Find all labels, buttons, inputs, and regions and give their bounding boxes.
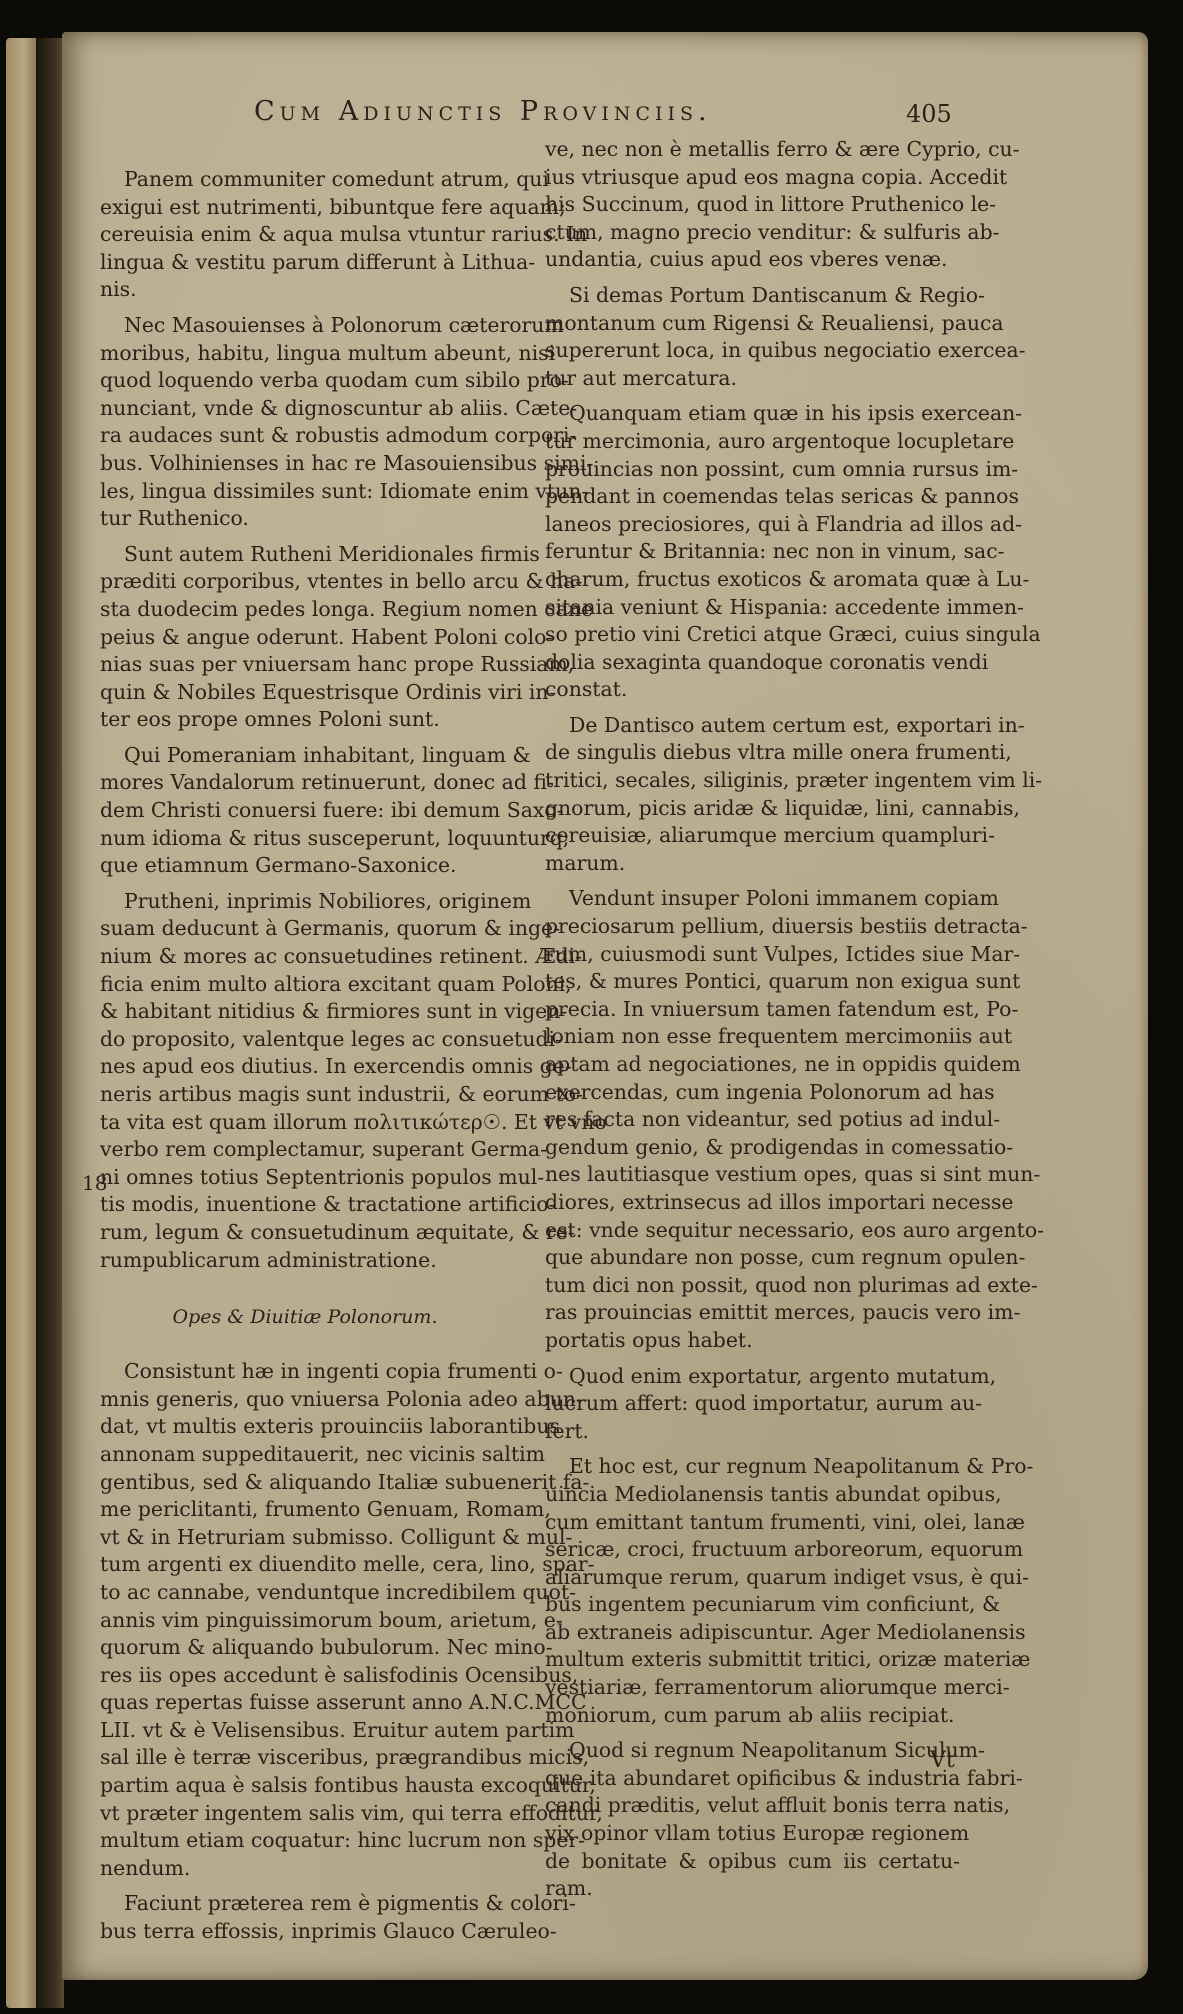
text-line: bus ingentem pecuniarum vim conficiunt, … [545, 1591, 960, 1619]
text-line: sericæ, croci, fructuum arboreorum, equo… [545, 1536, 960, 1564]
text-line: Nec Masouienses à Polonorum cæterorum [100, 312, 510, 340]
text-line: partim aqua è salsis fontibus hausta exc… [100, 1772, 510, 1800]
text-line: ta vita est quam illorum πολιτικώτερ☉. E… [100, 1109, 510, 1137]
text-line: tis modis, inuentione & tractatione arti… [100, 1191, 510, 1219]
text-line: gentibus, sed & aliquando Italiæ subuene… [100, 1469, 510, 1497]
paragraph: Si demas Portum Dantiscanum & Regio-mont… [545, 282, 960, 392]
text-line: nendum. [100, 1855, 510, 1883]
text-line: lingua & vestitu parum differunt à Lithu… [100, 249, 510, 277]
paragraph: ve, nec non è metallis ferro & ære Cypri… [545, 136, 960, 274]
text-line: verbo rem complectamur, superant Germa- [100, 1136, 510, 1164]
text-line: candi præditis, velut affluit bonis terr… [545, 1792, 960, 1820]
text-line: peius & angue oderunt. Habent Poloni col… [100, 624, 510, 652]
text-line: undantia, cuius apud eos vberes venæ. [545, 246, 960, 274]
text-line: multum etiam coquatur: hinc lucrum non s… [100, 1827, 510, 1855]
text-line: præditi corporibus, vtentes in bello arc… [100, 568, 510, 596]
previous-page-edge [6, 38, 36, 2008]
text-line: charum, fructus exoticos & aromata quæ à… [545, 566, 960, 594]
text-line: quod loquendo verba quodam cum sibilo pr… [100, 367, 510, 395]
text-line: cereuisia enim & aqua mulsa vtuntur rari… [100, 221, 510, 249]
text-line: dem Christi conuersi fuere: ibi demum Sa… [100, 797, 510, 825]
page-number: 405 [906, 100, 952, 128]
text-line: montanum cum Rigensi & Reualiensi, pauca [545, 310, 960, 338]
text-line: de bonitate & opibus cum iis certatu- [545, 1848, 960, 1876]
paragraph: Faciunt præterea rem è pigmentis & color… [100, 1890, 510, 1945]
text-line: tur Ruthenico. [100, 505, 510, 533]
text-line: vix opinor vllam totius Europæ regionem [545, 1820, 960, 1848]
text-line: quin & Nobiles Equestrisque Ordinis viri… [100, 679, 510, 707]
text-line: Qui Pomeraniam inhabitant, linguam & [100, 742, 510, 770]
text-line: ab extraneis adipiscuntur. Ager Mediolan… [545, 1619, 960, 1647]
paragraph: Panem communiter comedunt atrum, quiexig… [100, 166, 510, 304]
paragraph: Quod si regnum Neapolitanum Siculum-que … [545, 1737, 960, 1903]
text-line: Quanquam etiam quæ in his ipsis exercean… [545, 400, 960, 428]
text-line: portatis opus habet. [545, 1327, 960, 1355]
paragraph: De Dantisco autem certum est, exportari … [545, 712, 960, 878]
text-line: sta duodecim pedes longa. Regium nomen c… [100, 596, 510, 624]
text-line: tum dici non possit, quod non plurimas a… [545, 1272, 960, 1300]
book-gutter [36, 38, 64, 2008]
text-line: laneos preciosiores, qui à Flandria ad i… [545, 511, 960, 539]
text-line: his Succinum, quod in littore Pruthenico… [545, 191, 960, 219]
text-line: vestiariæ, ferramentorum aliorumque merc… [545, 1674, 960, 1702]
text-line: Vendunt insuper Poloni immanem copiam [545, 885, 960, 913]
text-line: Panem communiter comedunt atrum, qui [100, 166, 510, 194]
text-line: so pretio vini Cretici atque Græci, cuiu… [545, 621, 960, 649]
text-line: ficia enim multo altiora excitant quam P… [100, 971, 510, 999]
text-line: LII. vt & è Velisensibus. Eruitur autem … [100, 1717, 510, 1745]
text-line: vt præter ingentem salis vim, qui terra … [100, 1800, 510, 1828]
text-line: cereuisiæ, aliarumque mercium quampluri- [545, 822, 960, 850]
text-line: nium & mores ac consuetudines retinent. … [100, 943, 510, 971]
paragraph: Prutheni, inprimis Nobiliores, originems… [100, 888, 510, 1274]
text-line: ras prouincias emittit merces, paucis ve… [545, 1299, 960, 1327]
text-line: rum, legum & consuetudinum æquitate, & r… [100, 1219, 510, 1247]
running-head: Cum Adiunctis Provinciis. [254, 96, 712, 127]
text-line: suam deducunt à Germanis, quorum & inge- [100, 915, 510, 943]
text-line: Quod enim exportatur, argento mutatum, [545, 1363, 960, 1391]
text-line: sal ille è terræ visceribus, prægrandibu… [100, 1744, 510, 1772]
text-line: & habitant nitidius & firmiores sunt in … [100, 998, 510, 1026]
paragraph: Et hoc est, cur regnum Neapolitanum & Pr… [545, 1453, 960, 1729]
paragraph: Sunt autem Rutheni Meridionales firmispr… [100, 541, 510, 734]
text-line: cum emittant tantum frumenti, vini, olei… [545, 1509, 960, 1537]
text-line: Si demas Portum Dantiscanum & Regio- [545, 282, 960, 310]
text-line: De Dantisco autem certum est, exportari … [545, 712, 960, 740]
text-line: que ita abundaret opificibus & industria… [545, 1765, 960, 1793]
text-line: uincia Mediolanensis tantis abundat opib… [545, 1481, 960, 1509]
text-line: dat, vt multis exteris prouinciis labora… [100, 1413, 510, 1441]
text-line: est: vnde sequitur necessario, eos auro … [545, 1217, 960, 1245]
text-line: tes, & mures Pontici, quarum non exigua … [545, 968, 960, 996]
text-line: res iis opes accedunt è salisfodinis Oce… [100, 1662, 510, 1690]
text-line: marum. [545, 850, 960, 878]
text-line: aptam ad negociationes, ne in oppidis qu… [545, 1051, 960, 1079]
text-line: quas repertas fuisse asserunt anno A.N.C… [100, 1689, 510, 1717]
paragraph: Nec Masouienses à Polonorum cæterorummor… [100, 312, 510, 533]
text-line: les, lingua dissimiles sunt: Idiomate en… [100, 478, 510, 506]
text-line: dolia sexaginta quandoque coronatis vend… [545, 649, 960, 677]
text-line: Prutheni, inprimis Nobiliores, originem [100, 888, 510, 916]
text-line: pendant in coemendas telas sericas & pan… [545, 483, 960, 511]
paragraph: Qui Pomeraniam inhabitant, linguam &more… [100, 742, 510, 880]
text-line: Consistunt hæ in ingenti copia frumenti … [100, 1358, 510, 1386]
text-line: gnorum, picis aridæ & liquidæ, lini, can… [545, 795, 960, 823]
text-line: aliarumque rerum, quarum indiget vsus, è… [545, 1564, 960, 1592]
text-line: tur mercimonia, auro argentoque locuplet… [545, 428, 960, 456]
paragraph: Vendunt insuper Poloni immanem copiampre… [545, 885, 960, 1354]
text-line: lucrum affert: quod importatur, aurum au… [545, 1390, 960, 1418]
text-line: Quod si regnum Neapolitanum Siculum- [545, 1737, 960, 1765]
text-line: ve, nec non è metallis ferro & ære Cypri… [545, 136, 960, 164]
text-line: que abundare non posse, cum regnum opule… [545, 1244, 960, 1272]
text-line: diores, extrinsecus ad illos importari n… [545, 1189, 960, 1217]
text-line: ra audaces sunt & robustis admodum corpo… [100, 422, 510, 450]
text-line: mores Vandalorum retinuerunt, donec ad f… [100, 769, 510, 797]
text-line: gendum genio, & prodigendas in comessati… [545, 1134, 960, 1162]
text-line: moniorum, cum parum ab aliis recipiat. [545, 1702, 960, 1730]
text-line: Et hoc est, cur regnum Neapolitanum & Pr… [545, 1453, 960, 1481]
text-line: ni omnes totius Septentrionis populos mu… [100, 1164, 510, 1192]
paragraph: Quanquam etiam quæ in his ipsis exercean… [545, 400, 960, 704]
text-line: preciosarum pellium, diuersis bestiis de… [545, 913, 960, 941]
text-line: exercendas, cum ingenia Polonorum ad has [545, 1079, 960, 1107]
text-line: rum, cuiusmodi sunt Vulpes, Ictides siue… [545, 941, 960, 969]
text-line: constat. [545, 676, 960, 704]
text-line: bus. Volhinienses in hac re Masouiensibu… [100, 450, 510, 478]
text-line: tritici, secales, siliginis, præter inge… [545, 767, 960, 795]
text-line: bus terra effossis, inprimis Glauco Cæru… [100, 1918, 510, 1946]
text-line: multum exteris submittit tritici, orizæ … [545, 1646, 960, 1674]
text-line: nes apud eos diutius. In exercendis omni… [100, 1053, 510, 1081]
text-line: ius vtriusque apud eos magna copia. Acce… [545, 164, 960, 192]
text-line: de singulis diebus vltra mille onera fru… [545, 739, 960, 767]
text-line: num idioma & ritus susceperunt, loquuntu… [100, 825, 510, 853]
text-line: to ac cannabe, venduntque incredibilem q… [100, 1579, 510, 1607]
text-line: annis vim pinguissimorum boum, arietum, … [100, 1607, 510, 1635]
text-line: supererunt loca, in quibus negociatio ex… [545, 337, 960, 365]
text-line: prouincias non possint, cum omnia rursus… [545, 456, 960, 484]
text-line: quorum & aliquando bubulorum. Nec mino- [100, 1634, 510, 1662]
right-column: ve, nec non è metallis ferro & ære Cypri… [545, 136, 960, 1911]
text-line: do proposito, valentque leges ac consuet… [100, 1026, 510, 1054]
text-line: fert. [545, 1418, 960, 1446]
text-line: vt & in Hetruriam submisso. Colligunt & … [100, 1524, 510, 1552]
text-line: precia. In vniuersum tamen fatendum est,… [545, 996, 960, 1024]
text-line: nis. [100, 276, 510, 304]
text-line: ctum, magno precio venditur: & sulfuris … [545, 219, 960, 247]
text-line: nias suas per vniuersam hanc prope Russi… [100, 651, 510, 679]
text-line: annonam suppeditauerit, nec vicinis salt… [100, 1441, 510, 1469]
text-line: rumpublicarum administratione. [100, 1247, 510, 1275]
text-line: moribus, habitu, lingua multum abeunt, n… [100, 340, 510, 368]
text-line: tur aut mercatura. [545, 365, 960, 393]
text-line: nes lautitiasque vestium opes, quas si s… [545, 1161, 960, 1189]
text-line: Faciunt præterea rem è pigmentis & color… [100, 1890, 510, 1918]
text-line: neris artibus magis sunt industrii, & eo… [100, 1081, 510, 1109]
paragraph: Quod enim exportatur, argento mutatum,lu… [545, 1363, 960, 1446]
left-column: Panem communiter comedunt atrum, quiexig… [100, 166, 510, 1954]
text-line: tum argenti ex diuendito melle, cera, li… [100, 1551, 510, 1579]
text-line: sitania veniunt & Hispania: accedente im… [545, 594, 960, 622]
text-line: mnis generis, quo vniuersa Polonia adeo … [100, 1386, 510, 1414]
text-line: me periclitanti, frumento Genuam, Romam, [100, 1496, 510, 1524]
text-line: que etiamnum Germano-Saxonice. [100, 852, 510, 880]
text-line: nunciant, vnde & dignoscuntur ab aliis. … [100, 395, 510, 423]
paragraph: Consistunt hæ in ingenti copia frumenti … [100, 1358, 510, 1882]
text-line: res facta non videantur, sed potius ad i… [545, 1106, 960, 1134]
text-line: ram. [545, 1875, 960, 1903]
text-line: feruntur & Britannia: nec non in vinum, … [545, 538, 960, 566]
text-line: Sunt autem Rutheni Meridionales firmis [100, 541, 510, 569]
text-line: loniam non esse frequentem mercimoniis a… [545, 1023, 960, 1051]
text-line: ter eos prope omnes Poloni sunt. [100, 706, 510, 734]
text-line: exigui est nutrimenti, bibuntque fere aq… [100, 194, 510, 222]
section-heading: Opes & Diuitiæ Polonorum. [100, 1302, 510, 1332]
